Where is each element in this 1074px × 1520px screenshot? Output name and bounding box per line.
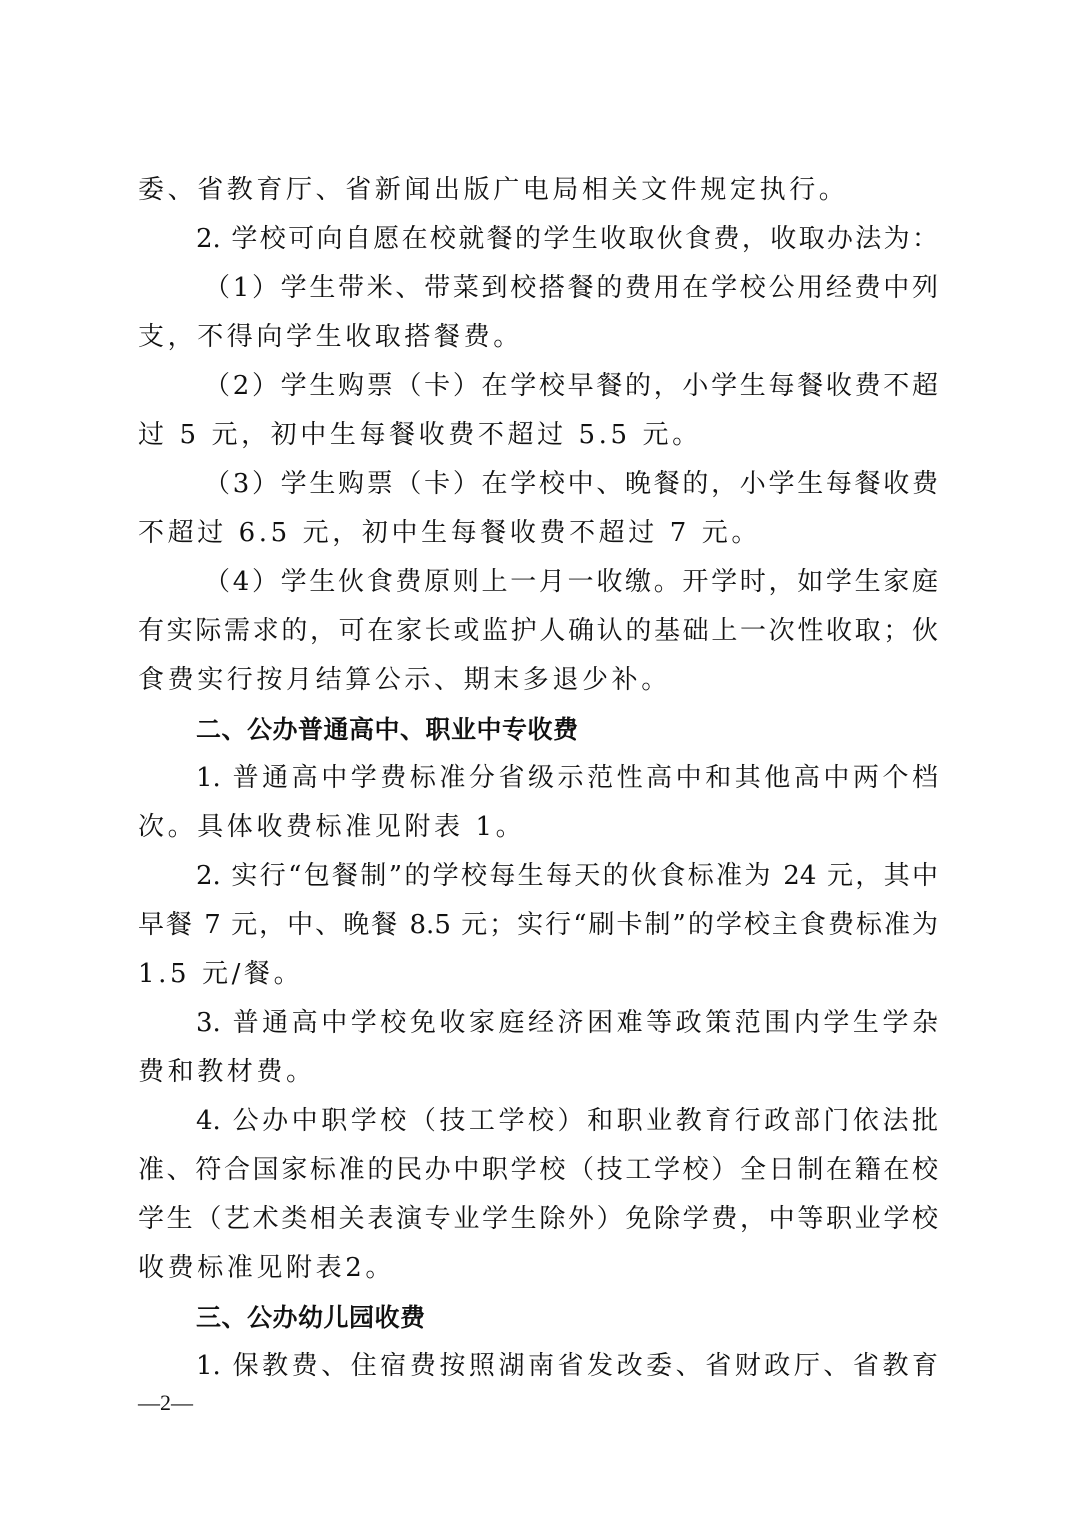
body-line: 不超过 6.5 元，初中生每餐收费不超过 7 元。 (138, 509, 938, 558)
paragraph-line: 2. 学校可向自愿在校就餐的学生收取伙食费，收取办法为： (138, 215, 938, 264)
page-number: —2— (138, 1388, 193, 1418)
paragraph-line: 4. 公办中职学校（技工学校）和职业教育行政部门依法批 (138, 1097, 938, 1146)
paragraph-line: 3. 普通高中学校免收家庭经济困难等政策范围内学生学杂 (138, 999, 938, 1048)
paragraph-line: （1）学生带米、带菜到校搭餐的费用在学校公用经费中列 (138, 264, 938, 313)
paragraph-line: 1. 保教费、住宿费按照湖南省发改委、省财政厅、省教育 (138, 1342, 938, 1391)
body-line: 准、符合国家标准的民办中职学校（技工学校）全日制在籍在校 (138, 1146, 938, 1195)
paragraph-line: （3）学生购票（卡）在学校中、晚餐的，小学生每餐收费 (138, 460, 938, 509)
section-heading: 三、公办幼儿园收费 (138, 1293, 938, 1342)
paragraph-line: 2. 实行“包餐制”的学校每生每天的伙食标准为 24 元，其中 (138, 852, 938, 901)
body-line: 委、省教育厅、省新闻出版广电局相关文件规定执行。 (138, 166, 938, 215)
paragraph-line: （2）学生购票（卡）在学校早餐的，小学生每餐收费不超 (138, 362, 938, 411)
paragraph-line: 1. 普通高中学费标准分省级示范性高中和其他高中两个档 (138, 754, 938, 803)
body-line: 有实际需求的，可在家长或监护人确认的基础上一次性收取；伙 (138, 607, 938, 656)
body-line: 学生（艺术类相关表演专业学生除外）免除学费，中等职业学校 (138, 1195, 938, 1244)
body-line: 支，不得向学生收取搭餐费。 (138, 313, 938, 362)
body-line: 早餐 7 元，中、晚餐 8.5 元；实行“刷卡制”的学校主食费标准为 (138, 901, 938, 950)
body-line: 收费标准见附表2。 (138, 1244, 938, 1293)
body-line: 次。具体收费标准见附表 1。 (138, 803, 938, 852)
body-line: 费和教材费。 (138, 1048, 938, 1097)
body-line: 1.5 元/餐。 (138, 950, 938, 999)
section-heading: 二、公办普通高中、职业中专收费 (138, 705, 938, 754)
paragraph-line: （4）学生伙食费原则上一月一收缴。开学时，如学生家庭 (138, 558, 938, 607)
body-line: 过 5 元，初中生每餐收费不超过 5.5 元。 (138, 411, 938, 460)
document-page: 委、省教育厅、省新闻出版广电局相关文件规定执行。 2. 学校可向自愿在校就餐的学… (138, 166, 938, 1391)
body-line: 食费实行按月结算公示、期末多退少补。 (138, 656, 938, 705)
